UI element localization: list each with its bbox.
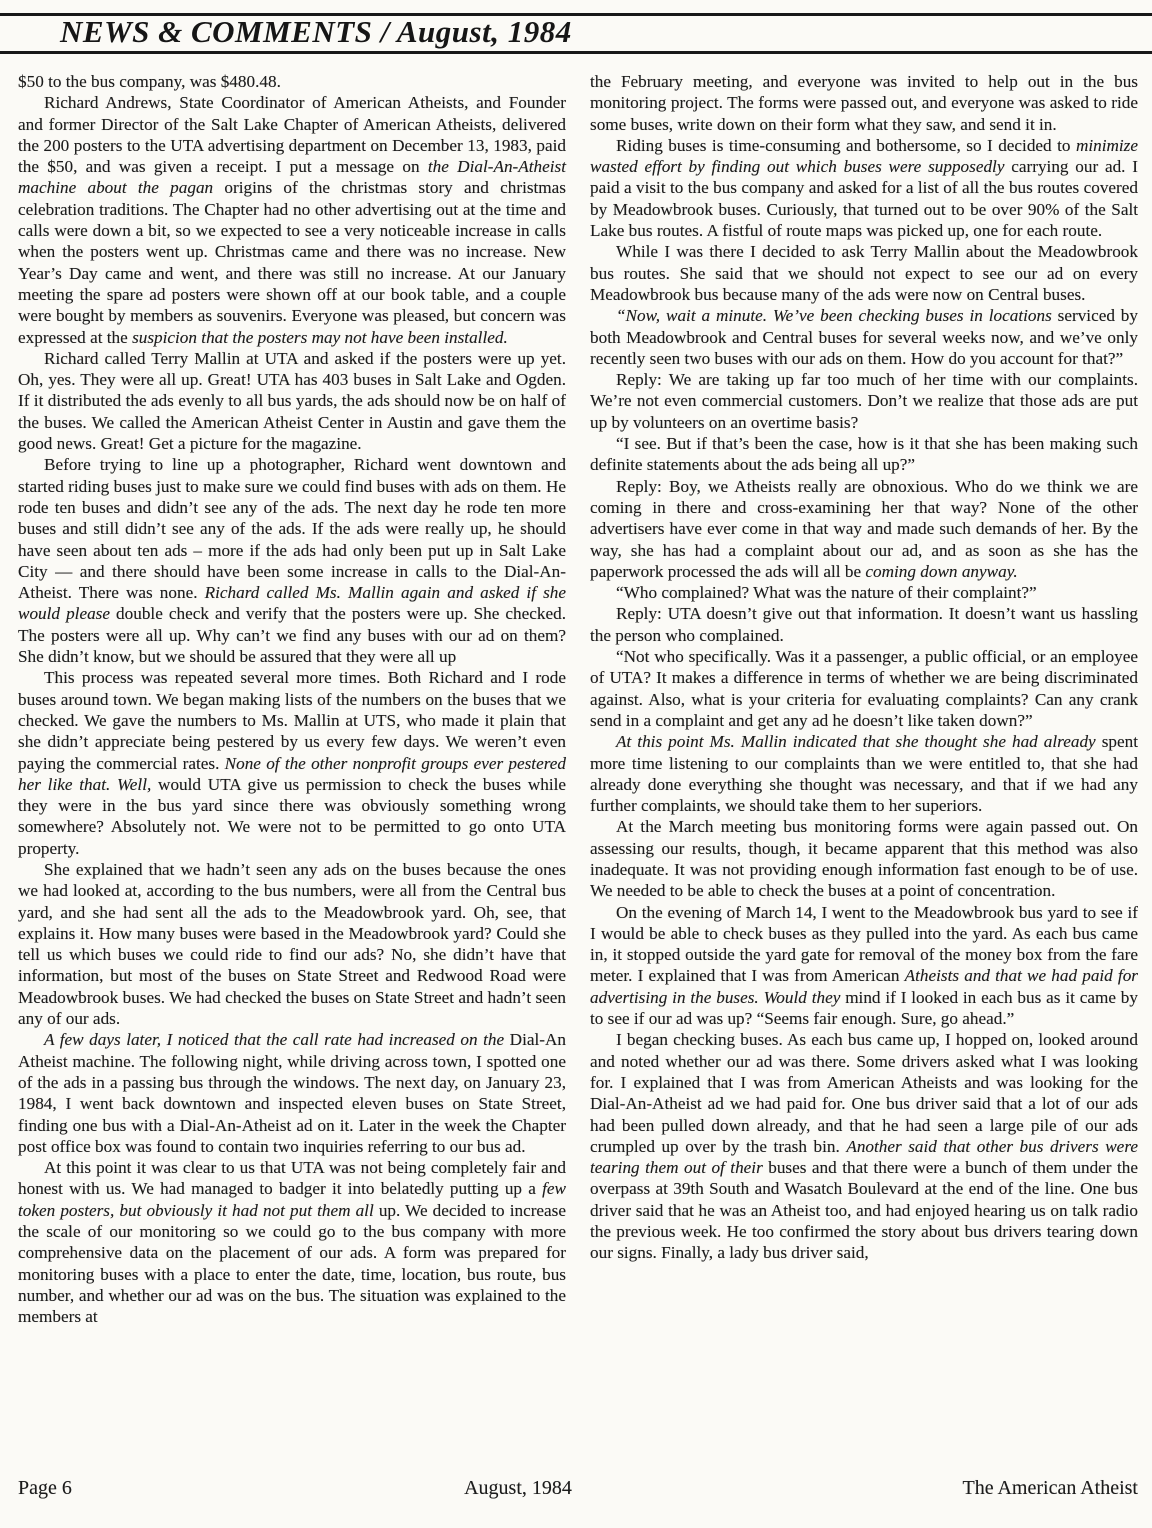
paragraph: At this point Ms. Mallin indicated that … bbox=[590, 731, 1138, 816]
paragraph: “Not who specifically. Was it a passenge… bbox=[590, 646, 1138, 731]
paragraph: I began checking buses. As each bus came… bbox=[590, 1029, 1138, 1263]
paragraph: On the evening of March 14, I went to th… bbox=[590, 902, 1138, 1030]
text-segment: Reply: We are taking up far too much of … bbox=[590, 370, 1138, 432]
paragraph: She explained that we hadn’t seen any ad… bbox=[18, 859, 566, 1029]
footer-page-number: Page 6 bbox=[18, 1477, 72, 1500]
paragraph: Before trying to line up a photographer,… bbox=[18, 454, 566, 667]
paragraph: Reply: Boy, we Atheists really are obnox… bbox=[590, 476, 1138, 582]
italic-text-segment: A few days later, I noticed that the cal… bbox=[44, 1030, 504, 1049]
text-segment: origins of the christmas story and chris… bbox=[18, 178, 566, 346]
paragraph: This process was repeated several more t… bbox=[18, 667, 566, 859]
italic-text-segment: At this point Ms. Mallin indicated that … bbox=[616, 732, 1096, 751]
paragraph: At this point it was clear to us that UT… bbox=[18, 1157, 566, 1327]
footer-date: August, 1984 bbox=[438, 1477, 598, 1500]
text-segment: While I was there I decided to ask Terry… bbox=[590, 242, 1138, 304]
text-segment: Riding buses is time-consuming and bothe… bbox=[616, 136, 1076, 155]
text-segment: Before trying to line up a photographer,… bbox=[18, 455, 566, 602]
paragraph: A few days later, I noticed that the cal… bbox=[18, 1029, 566, 1157]
text-segment: Reply: UTA doesn’t give out that informa… bbox=[590, 604, 1138, 644]
page-title: NEWS & COMMENTS / August, 1984 bbox=[60, 14, 572, 50]
magazine-page: NEWS & COMMENTS / August, 1984 $50 to th… bbox=[0, 0, 1152, 1528]
text-segment: Richard called Terry Mallin at UTA and a… bbox=[18, 349, 566, 453]
paragraph: Richard Andrews, State Coordinator of Am… bbox=[18, 92, 566, 348]
paragraph: While I was there I decided to ask Terry… bbox=[590, 241, 1138, 305]
header-rule-bottom bbox=[0, 51, 1152, 54]
text-segment: the February meeting, and everyone was i… bbox=[590, 72, 1138, 134]
paragraph: “Now, wait a minute. We’ve been checking… bbox=[590, 305, 1138, 369]
text-segment: “Not who specifically. Was it a passenge… bbox=[590, 647, 1138, 730]
paragraph: the February meeting, and everyone was i… bbox=[590, 71, 1138, 135]
paragraph: Riding buses is time-consuming and bothe… bbox=[590, 135, 1138, 241]
text-segment: She explained that we hadn’t seen any ad… bbox=[18, 860, 566, 1028]
italic-text-segment: “Now, wait a minute. We’ve been checking… bbox=[616, 306, 1052, 325]
text-segment: $50 to the bus company, was $480.48. bbox=[18, 72, 281, 91]
italic-text-segment: suspicion that the posters may not have … bbox=[132, 328, 508, 347]
text-segment: “I see. But if that’s been the case, how… bbox=[590, 434, 1138, 474]
page-footer: Page 6 August, 1984 The American Atheist bbox=[18, 1477, 1138, 1505]
footer-magazine-title: The American Atheist bbox=[962, 1477, 1138, 1500]
article-body: $50 to the bus company, was $480.48.Rich… bbox=[18, 71, 1138, 1463]
paragraph: Reply: We are taking up far too much of … bbox=[590, 369, 1138, 433]
paragraph: Richard called Terry Mallin at UTA and a… bbox=[18, 348, 566, 454]
paragraph: $50 to the bus company, was $480.48. bbox=[18, 71, 566, 92]
paragraph: “I see. But if that’s been the case, how… bbox=[590, 433, 1138, 476]
text-segment: At this point it was clear to us that UT… bbox=[18, 1158, 566, 1198]
text-segment: Reply: Boy, we Atheists really are obnox… bbox=[590, 477, 1138, 581]
paragraph: Reply: UTA doesn’t give out that informa… bbox=[590, 603, 1138, 646]
text-segment: At the March meeting bus monitoring form… bbox=[590, 817, 1138, 900]
paragraph: At the March meeting bus monitoring form… bbox=[590, 816, 1138, 901]
text-segment: “Who complained? What was the nature of … bbox=[616, 583, 1037, 602]
italic-text-segment: coming down anyway. bbox=[865, 562, 1017, 581]
paragraph: “Who complained? What was the nature of … bbox=[590, 582, 1138, 603]
column-left: $50 to the bus company, was $480.48.Rich… bbox=[18, 71, 566, 1463]
column-right: the February meeting, and everyone was i… bbox=[590, 71, 1138, 1463]
